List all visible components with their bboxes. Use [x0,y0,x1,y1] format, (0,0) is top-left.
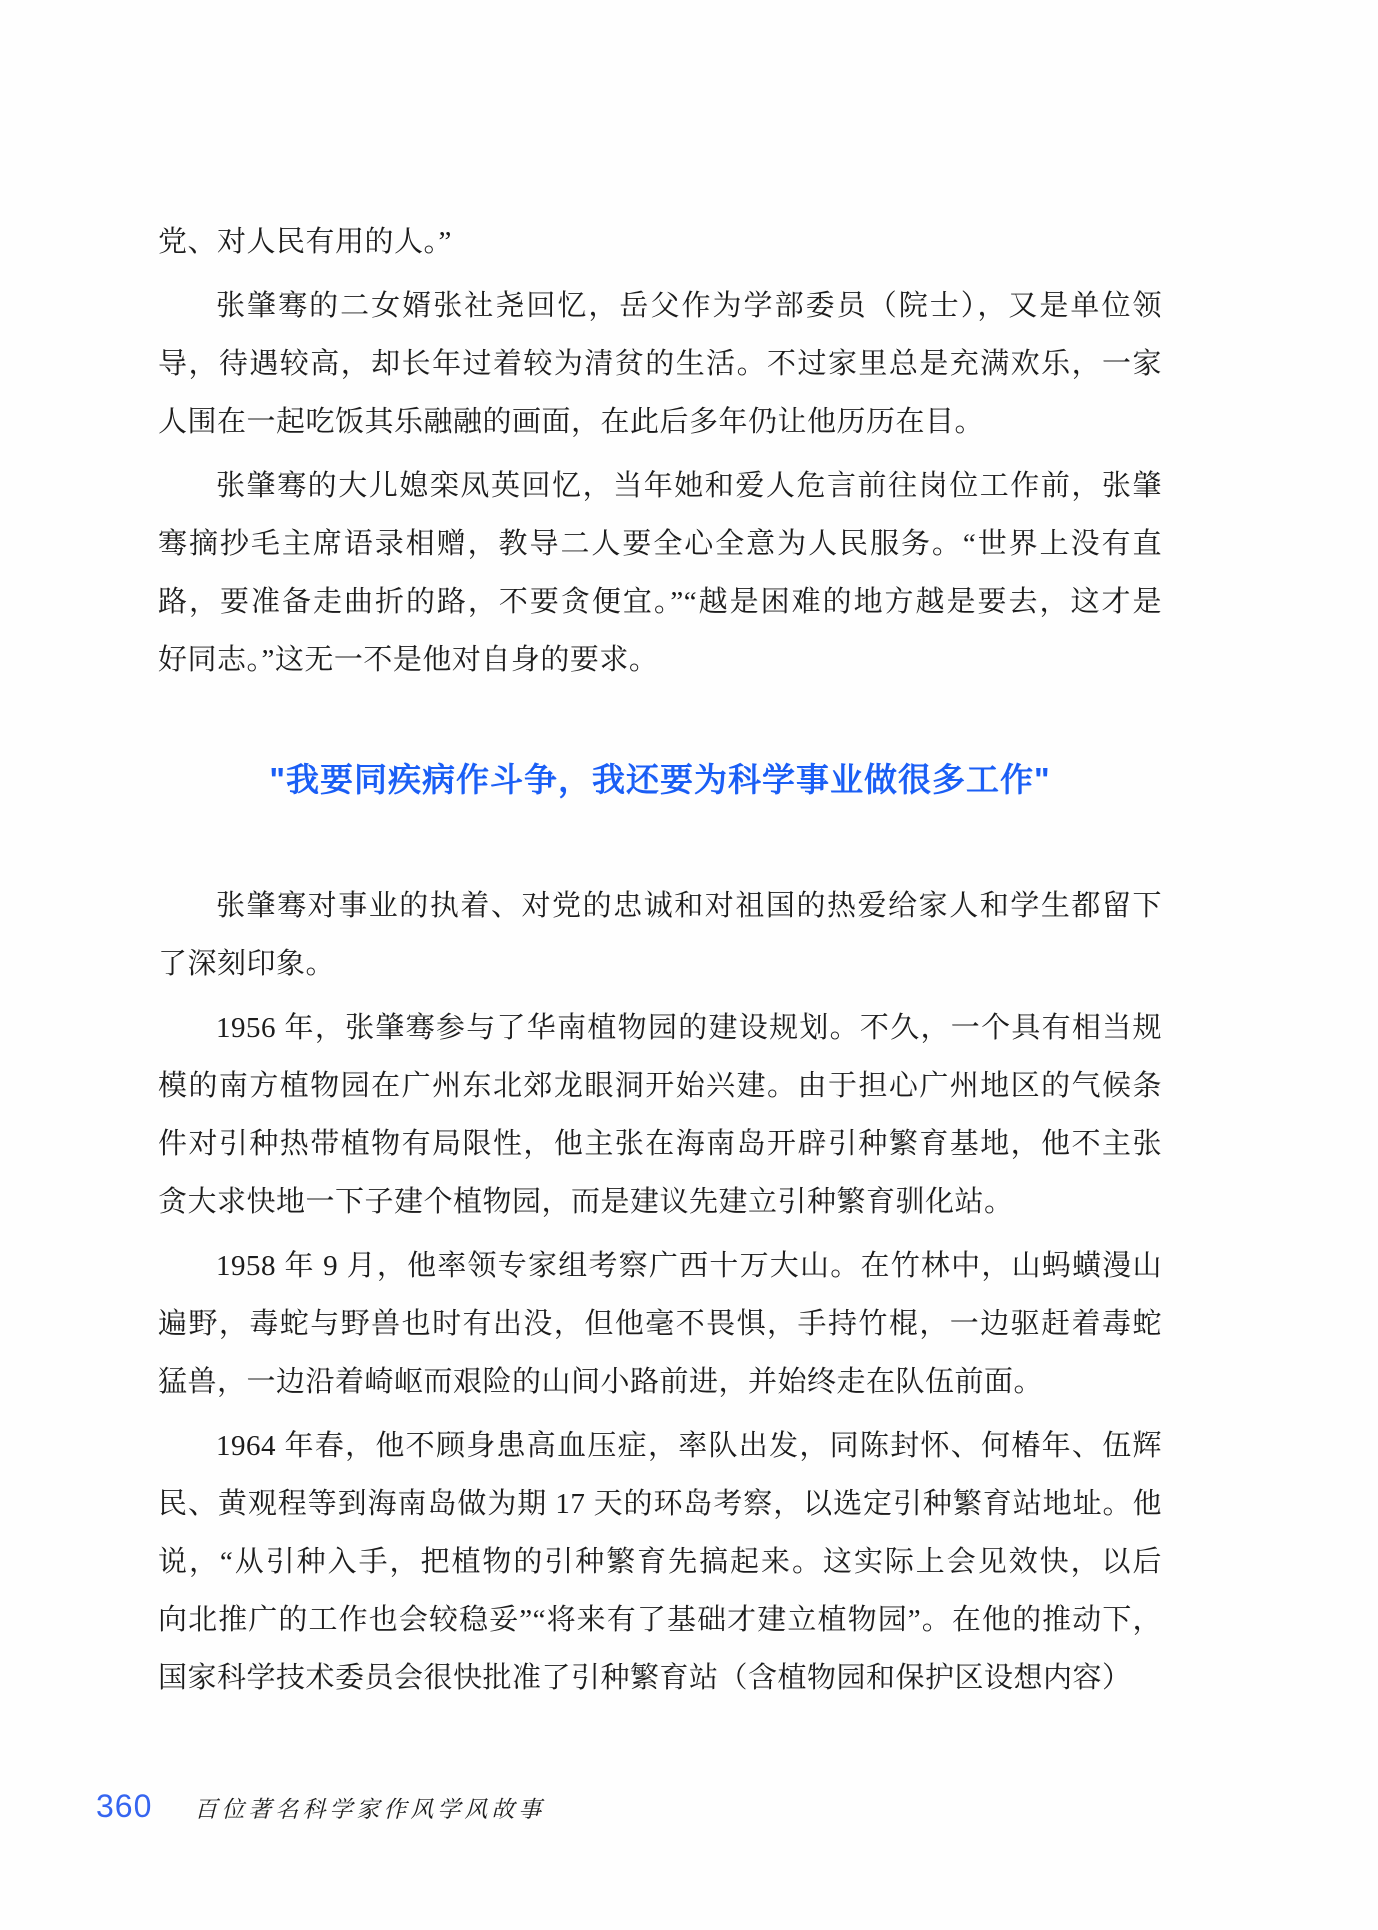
section-heading: "我要同疾病作斗争，我还要为科学事业做很多工作" [158,759,1162,801]
text-line: 贪大求快地一下子建个植物园，而是建议先建立引种繁育驯化站。 [158,1173,1162,1231]
text-line: 民、黄观程等到海南岛做为期 17 天的环岛考察，以选定引种繁育站地址。他 [158,1475,1162,1533]
body-text-lower: 张肇骞对事业的执着、对党的忠诚和对祖国的热爱给家人和学生都留下了深刻印象。195… [158,877,1162,1707]
body-text-upper: 党、对人民有用的人。”张肇骞的二女婿张社尧回忆，岳父作为学部委员（院士），又是单… [158,213,1162,689]
paragraph: 1958 年 9 月，他率领专家组考察广西十万大山。在竹林中，山蚂蟥漫山遍野，毒… [158,1237,1162,1411]
text-line: 说，“从引种入手，把植物的引种繁育先搞起来。这实际上会见效快，以后 [158,1533,1162,1591]
text-line: 了深刻印象。 [158,935,1162,993]
text-line: 人围在一起吃饭其乐融融的画面，在此后多年仍让他历历在目。 [158,393,1162,451]
text-line: 遍野，毒蛇与野兽也时有出没，但他毫不畏惧，手持竹棍，一边驱赶着毒蛇 [158,1295,1162,1353]
text-line: 件对引种热带植物有局限性，他主张在海南岛开辟引种繁育基地，他不主张 [158,1115,1162,1173]
text-line: 向北推广的工作也会较稳妥”“将来有了基础才建立植物园”。在他的推动下， [158,1591,1162,1649]
text-line: 国家科学技术委员会很快批准了引种繁育站（含植物园和保护区设想内容） [158,1649,1162,1707]
text-line: 张肇骞对事业的执着、对党的忠诚和对祖国的热爱给家人和学生都留下 [158,877,1162,935]
page-number: 360 [96,1788,152,1825]
text-line: 张肇骞的二女婿张社尧回忆，岳父作为学部委员（院士），又是单位领 [158,277,1162,335]
paragraph: 1956 年，张肇骞参与了华南植物园的建设规划。不久，一个具有相当规模的南方植物… [158,999,1162,1231]
text-line: 导，待遇较高，却长年过着较为清贫的生活。不过家里总是充满欢乐，一家 [158,335,1162,393]
text-line: 1958 年 9 月，他率领专家组考察广西十万大山。在竹林中，山蚂蟥漫山 [158,1237,1162,1295]
text-line: 骞摘抄毛主席语录相赠，教导二人要全心全意为人民服务。“世界上没有直 [158,515,1162,573]
document-page: 党、对人民有用的人。”张肇骞的二女婿张社尧回忆，岳父作为学部委员（院士），又是单… [0,0,1378,1930]
text-line: 党、对人民有用的人。” [158,213,1162,271]
text-line: 好同志。”这无一不是他对自身的要求。 [158,631,1162,689]
page-content: 党、对人民有用的人。”张肇骞的二女婿张社尧回忆，岳父作为学部委员（院士），又是单… [158,213,1162,1707]
text-line: 猛兽，一边沿着崎岖而艰险的山间小路前进，并始终走在队伍前面。 [158,1353,1162,1411]
book-title: 百位著名科学家作风学风故事 [194,1791,545,1824]
text-line: 1964 年春，他不顾身患高血压症，率队出发，同陈封怀、何椿年、伍辉 [158,1417,1162,1475]
text-line: 张肇骞的大儿媳栾凤英回忆，当年她和爱人危言前往岗位工作前，张肇 [158,457,1162,515]
text-line: 模的南方植物园在广州东北郊龙眼洞开始兴建。由于担心广州地区的气候条 [158,1057,1162,1115]
paragraph: 党、对人民有用的人。” [158,213,1162,271]
text-line: 1956 年，张肇骞参与了华南植物园的建设规划。不久，一个具有相当规 [158,999,1162,1057]
page-footer: 360 百位著名科学家作风学风故事 [96,1788,545,1825]
paragraph: 张肇骞的二女婿张社尧回忆，岳父作为学部委员（院士），又是单位领导，待遇较高，却长… [158,277,1162,451]
paragraph: 1964 年春，他不顾身患高血压症，率队出发，同陈封怀、何椿年、伍辉民、黄观程等… [158,1417,1162,1707]
paragraph: 张肇骞的大儿媳栾凤英回忆，当年她和爱人危言前往岗位工作前，张肇骞摘抄毛主席语录相… [158,457,1162,689]
paragraph: 张肇骞对事业的执着、对党的忠诚和对祖国的热爱给家人和学生都留下了深刻印象。 [158,877,1162,993]
text-line: 路，要准备走曲折的路，不要贪便宜。”“越是困难的地方越是要去，这才是 [158,573,1162,631]
